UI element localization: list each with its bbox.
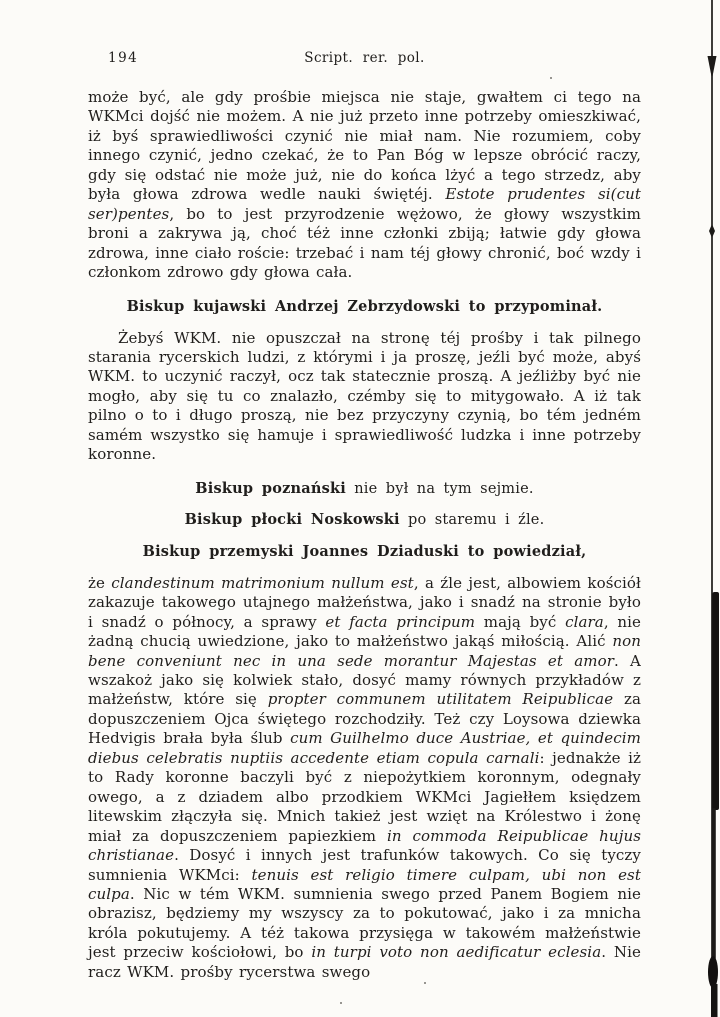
text-segment: nie był na tym sejmie. [346, 481, 534, 497]
text-segment: Biskup poznański [195, 480, 346, 497]
page-header: 194 Script. rer. pol. [88, 50, 641, 68]
text-segment: in turpi voto non aedificatur eclesia [311, 943, 601, 961]
running-title: Script. rer. pol. [88, 50, 641, 66]
arrow-down-icon [708, 56, 717, 79]
scanned-book-page: { "colors": { "paper": "#fcfbf8", "ink":… [0, 0, 720, 1017]
text-segment: mają być [475, 613, 565, 631]
ink-speck [340, 1002, 342, 1004]
text-segment: , bo to jest przyrodzenie wężowo, że gło… [88, 205, 641, 281]
text-segment: Żebyś WKM. nie opuszczał na stronę téj p… [88, 329, 641, 464]
text-segment: clara [565, 613, 604, 631]
ink-speck [424, 982, 426, 984]
page-content: 194 Script. rer. pol. może być, ale gdy … [88, 50, 641, 982]
heading-biskup-plocki: Biskup płocki Noskowski po staremu i źle… [88, 511, 641, 529]
paragraph-zebrzydowski-speech: Żebyś WKM. nie opuszczał na stronę téj p… [88, 329, 641, 465]
heading-biskup-przemyski: Biskup przemyski Joannes Dziaduski to po… [88, 543, 641, 561]
heading-biskup-poznanski: Biskup poznański nie był na tym sejmie. [88, 480, 641, 498]
text-segment: Biskup płocki Noskowski [185, 511, 400, 528]
scan-edge-artifact [700, 0, 720, 1017]
paragraph-dziaduski-speech: że clandestinum matrimonium nullum est, … [88, 574, 641, 983]
text-segment: propter communem utilitatem Reipublicae [268, 690, 614, 708]
text-segment: że [88, 574, 111, 592]
heading-biskup-kujawski: Biskup kujawski Andrzej Zebrzydowski to … [88, 298, 641, 316]
paragraph-continuation: może być, ale gdy prośbie miejsca nie st… [88, 88, 641, 283]
text-segment: clandestinum matrimonium nullum est [111, 574, 414, 592]
text-segment: et facta principum [325, 613, 475, 631]
text-segment: Biskup kujawski Andrzej Zebrzydowski to … [127, 298, 603, 315]
text-segment: Biskup przemyski Joannes Dziaduski to po… [143, 543, 587, 560]
text-segment: po staremu i źle. [400, 512, 545, 528]
